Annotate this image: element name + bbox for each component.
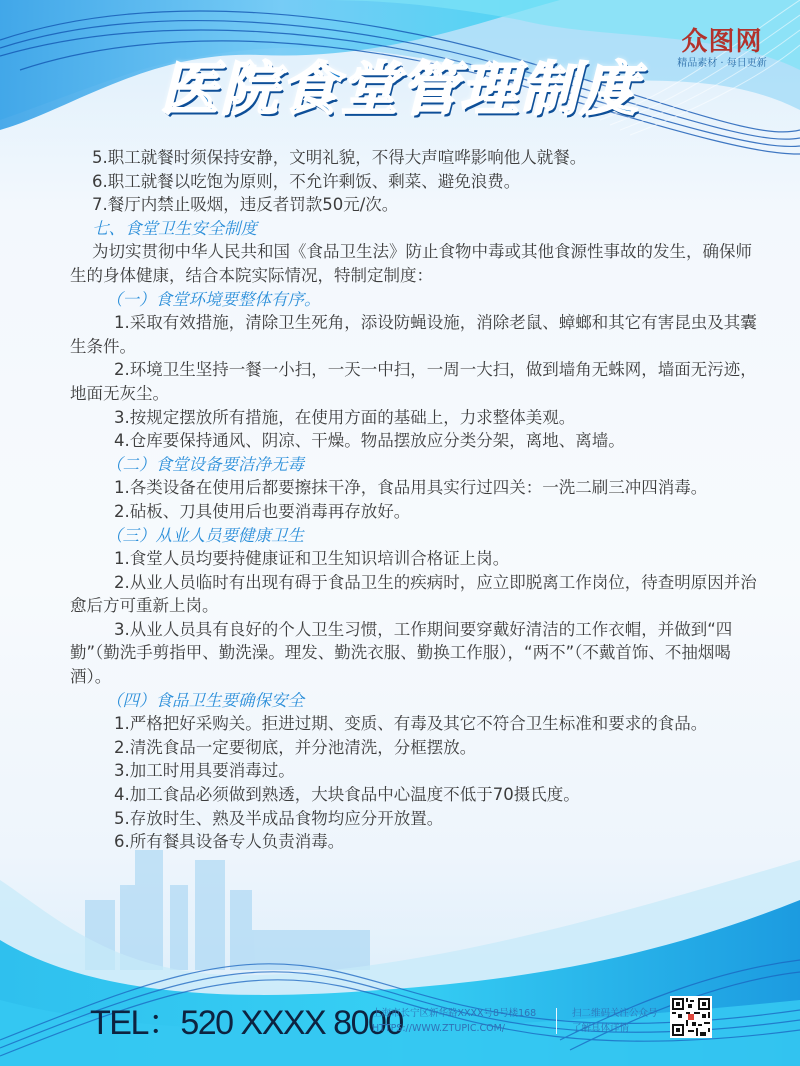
footer-divider (556, 1008, 557, 1034)
subsection-heading: （四）食品卫生要确保安全 (70, 689, 760, 713)
rule-item: 4.加工食品必须做到熟透，大块食品中心温度不低于70摄氏度。 (70, 783, 760, 807)
rule-item: 1.食堂人员均要持健康证和卫生知识培训合格证上岗。 (70, 547, 760, 571)
intro-paragraph: 为切实贯彻中华人民共和国《食品卫生法》防止食物中毒或其他食源性事故的发生，确保师… (70, 240, 760, 287)
address-block: 上海市长宁区新华路XXXX号8号楼168 HTTPS://WWW.ZTUPIC.… (372, 1006, 536, 1036)
poster: 众图网 精品素材 · 每日更新 医院食堂管理制度 5.职工就餐时须保持安静，文明… (0, 0, 800, 1066)
page-title: 医院食堂管理制度 (0, 52, 800, 126)
rule-item: 2.环境卫生坚持一餐一小扫，一天一中扫，一周一大扫，做到墙角无蛛网，墙面无污迹，… (70, 358, 760, 405)
rule-item: 2.清洗食品一定要彻底，并分池清洗，分框摆放。 (70, 736, 760, 760)
rule-item: 3.从业人员具有良好的个人卫生习惯，工作期间要穿戴好清洁的工作衣帽，并做到“四勤… (70, 618, 760, 689)
rule-item: 5.职工就餐时须保持安静，文明礼貌，不得大声喧哗影响他人就餐。 (70, 146, 760, 170)
subsection-heading: （二）食堂设备要洁净无毒 (70, 453, 760, 477)
scan-line-1: 扫二维码关注公众号 (572, 1006, 658, 1021)
rule-item: 3.加工时用具要消毒过。 (70, 759, 760, 783)
website-url[interactable]: HTTPS://WWW.ZTUPIC.COM/ (372, 1021, 536, 1036)
rule-item: 6.所有餐具设备专人负责消毒。 (70, 830, 760, 854)
scan-line-2: 了解具体详情 (572, 1021, 658, 1036)
address: 上海市长宁区新华路XXXX号8号楼168 (372, 1006, 536, 1021)
section-heading: 七、食堂卫生安全制度 (70, 217, 760, 241)
rule-item: 3.按规定摆放所有措施，在使用方面的基础上，力求整体美观。 (70, 406, 760, 430)
rule-item: 1.各类设备在使用后都要擦抹干净，食品用具实行过四关：一洗二刷三冲四消毒。 (70, 476, 760, 500)
scan-hint: 扫二维码关注公众号 了解具体详情 (572, 1006, 658, 1036)
content-body: 5.职工就餐时须保持安静，文明礼貌，不得大声喧哗影响他人就餐。 6.职工就餐以吃… (70, 146, 760, 854)
rule-item: 6.职工就餐以吃饱为原则，不允许剩饭、剩菜、避免浪费。 (70, 170, 760, 194)
subsection-heading: （三）从业人员要健康卫生 (70, 524, 760, 548)
subsection-heading: （一）食堂环境要整体有序。 (70, 288, 760, 312)
rule-item: 1.采取有效措施，清除卫生死角，添设防蝇设施，消除老鼠、蟑螂和其它有害昆虫及其囊… (70, 311, 760, 358)
rule-item: 4.仓库要保持通风、阴凉、干燥。物品摆放应分类分架，离地、离墙。 (70, 429, 760, 453)
qr-code-icon[interactable] (670, 996, 712, 1038)
rule-item: 2.从业人员临时有出现有碍于食品卫生的疾病时，应立即脱离工作岗位，待查明原因并治… (70, 571, 760, 618)
telephone: TEL：520 XXXX 8000 (90, 1003, 403, 1043)
rule-item: 2.砧板、刀具使用后也要消毒再存放好。 (70, 500, 760, 524)
rule-item: 1.严格把好采购关。拒进过期、变质、有毒及其它不符合卫生标准和要求的食品。 (70, 712, 760, 736)
rule-item: 5.存放时生、熟及半成品食物均应分开放置。 (70, 807, 760, 831)
rule-item: 7.餐厅内禁止吸烟，违反者罚款50元/次。 (70, 193, 760, 217)
